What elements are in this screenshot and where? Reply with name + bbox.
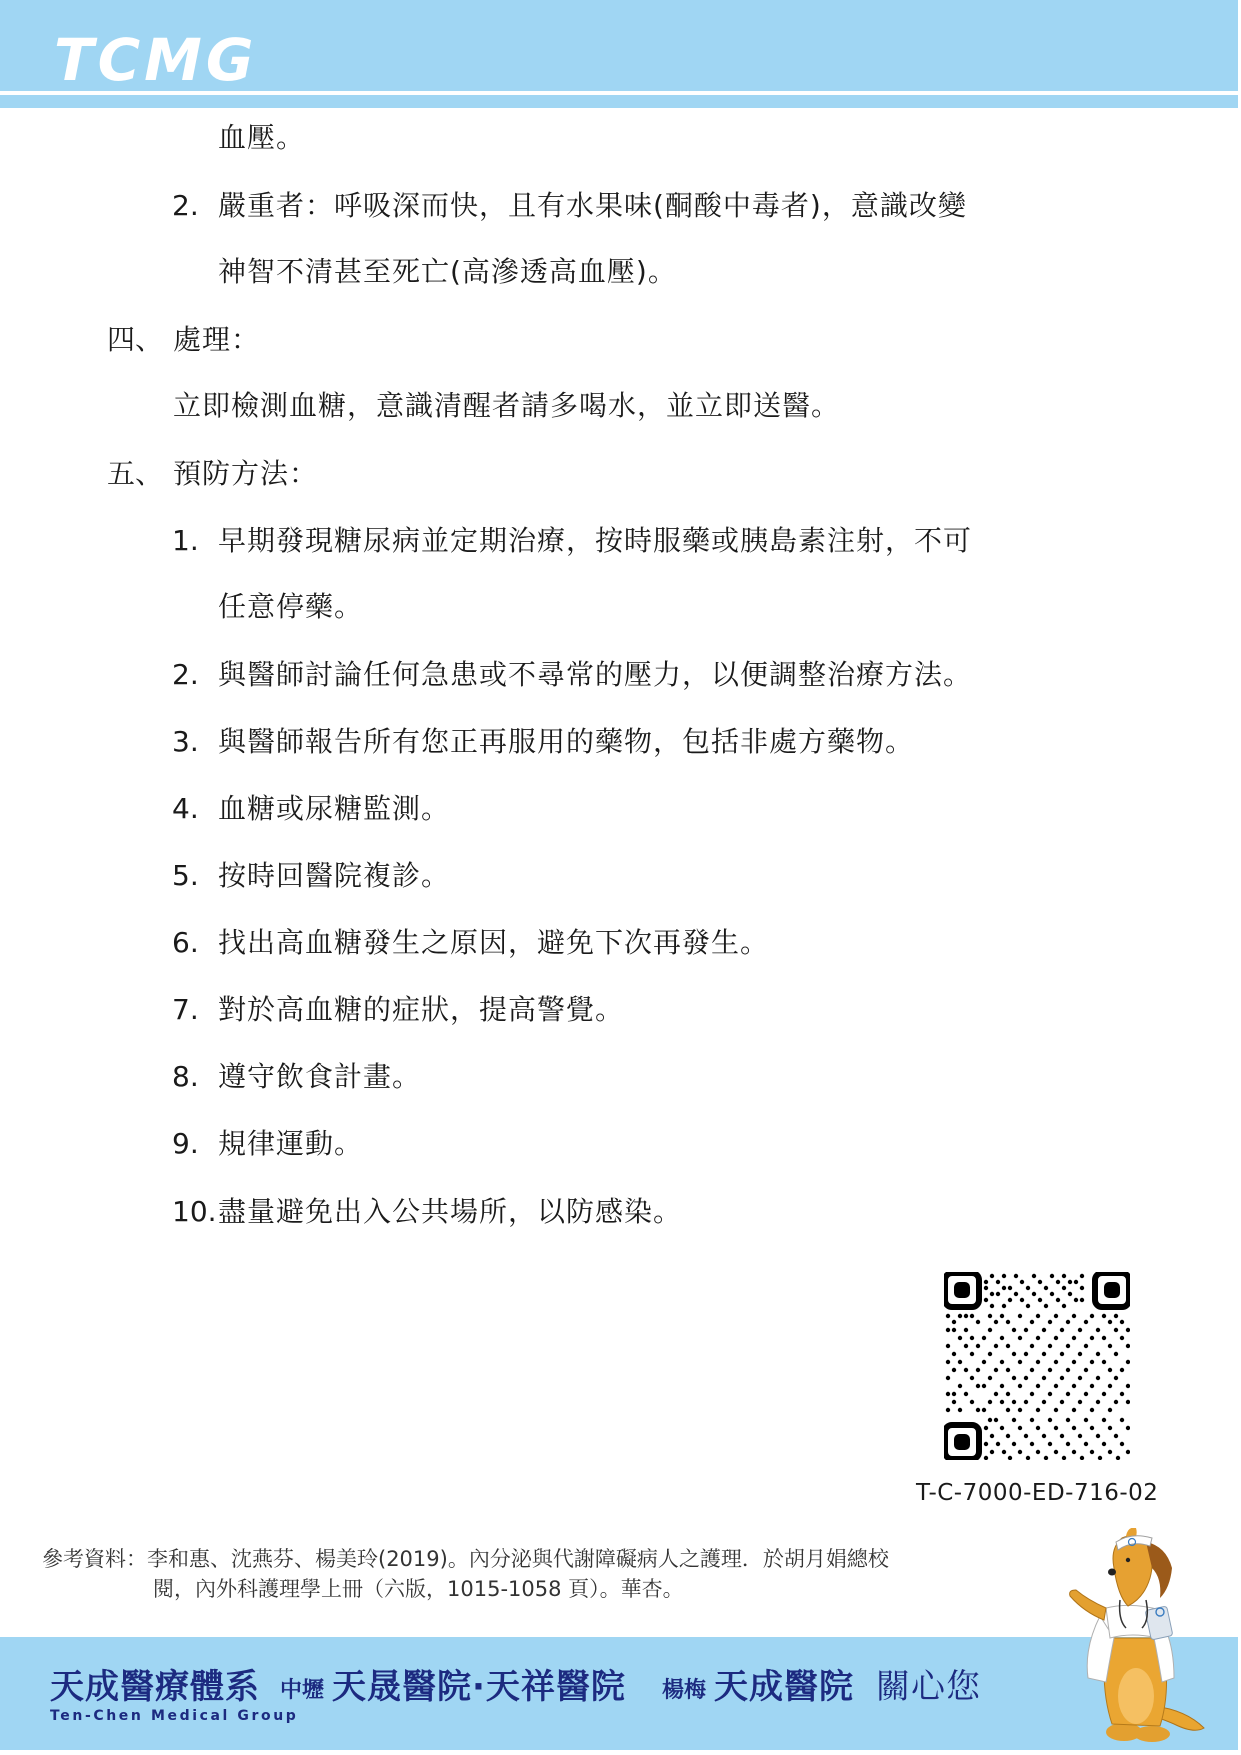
- list-number: 2.: [172, 186, 199, 226]
- footer-slogan: 關心您: [876, 1668, 981, 1706]
- reference-line-2: 閱，內外科護理學上冊（六版，1015-1058 頁）。華杏。: [153, 1574, 684, 1604]
- list-item-text: 嚴重者：呼吸深而快，且有水果味(酮酸中毒者)，意識改變: [218, 186, 967, 226]
- footer-brand-english: Ten-Chen Medical Group: [50, 1708, 298, 1724]
- kangaroo-nurse-mascot-icon: [1066, 1528, 1208, 1744]
- qr-code-icon[interactable]: [944, 1272, 1130, 1460]
- footer-hospital-yangmei: 天成醫院: [714, 1668, 854, 1706]
- list-item-text: 早期發現糖尿病並定期治療，按時服藥或胰島素注射，不可: [218, 521, 972, 561]
- reference-line-1: 參考資料：李和惠、沈燕芬、楊美玲(2019)。內分泌與代謝障礙病人之護理．於胡月…: [42, 1544, 889, 1574]
- list-item-text-continued: 任意停藥。: [218, 587, 363, 627]
- footer-location-zhongli: 中壢: [280, 1678, 324, 1704]
- document-code: T-C-7000-ED-716-02: [916, 1478, 1158, 1508]
- list-number: 1.: [172, 521, 199, 561]
- section-text: 立即檢測血糖，意識清醒者請多喝水，並立即送醫。: [173, 386, 840, 426]
- section-number: 四、: [107, 320, 163, 360]
- list-item-text: 規律運動。: [218, 1124, 363, 1164]
- footer-location-yangmei: 楊梅: [662, 1678, 706, 1704]
- list-item-text: 與醫師報告所有您正再服用的藥物，包括非處方藥物。: [218, 722, 914, 762]
- list-item-text: 盡量避免出入公共場所，以防感染。: [218, 1192, 682, 1232]
- section-number: 五、: [107, 454, 163, 494]
- list-number: 2.: [172, 655, 199, 695]
- list-number: 8.: [172, 1057, 199, 1097]
- section-title: 預防方法：: [173, 454, 318, 494]
- list-number: 4.: [172, 789, 199, 829]
- list-number: 9.: [172, 1124, 199, 1164]
- list-number: 5.: [172, 856, 199, 896]
- footer-hospitals-zhongli: 天晟醫院·天祥醫院: [332, 1668, 626, 1706]
- section-title: 處理：: [173, 320, 260, 360]
- list-number: 6.: [172, 923, 199, 963]
- list-item-text: 找出高血糖發生之原因，避免下次再發生。: [218, 923, 769, 963]
- list-item-text: 對於高血糖的症狀，提高警覺。: [218, 990, 624, 1030]
- list-number: 7.: [172, 990, 199, 1030]
- footer-brand: 天成醫療體系: [50, 1668, 260, 1706]
- list-number: 10.: [172, 1192, 217, 1232]
- list-item-text: 血糖或尿糖監測。: [218, 789, 450, 829]
- list-item-text-continued: 神智不清甚至死亡(高滲透高血壓)。: [218, 252, 677, 292]
- list-item-text: 遵守飲食計畫。: [218, 1057, 421, 1097]
- tcmg-logo: TCMG: [54, 30, 257, 90]
- list-number: 3.: [172, 722, 199, 762]
- list-item-text: 與醫師討論任何急患或不尋常的壓力，以便調整治療方法。: [218, 655, 972, 695]
- list-item-text: 按時回醫院複診。: [218, 856, 450, 896]
- continuation-text: 血壓。: [218, 118, 305, 158]
